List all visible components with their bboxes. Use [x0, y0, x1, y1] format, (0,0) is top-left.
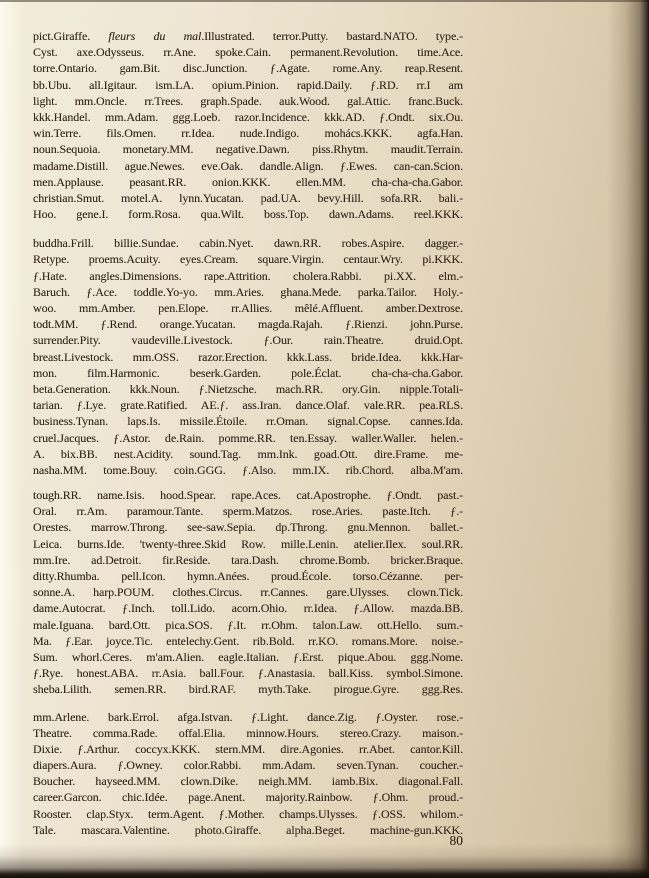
text-segment: career.Garcon. chic.Idée. page.Anent. ma…: [33, 790, 463, 804]
text-line: breast.Livestock. mm.OSS. razor.Erection…: [33, 349, 463, 365]
text-line: torre.Ontario. gam.Bit. disc.Junction. ƒ…: [33, 60, 463, 76]
text-line: woo. mm.Amber. pen.Elope. rr.Allies. mêl…: [33, 300, 463, 316]
paragraph-4: mm.Arlene. bark.Errol. afga.Istvan. ƒ.Li…: [33, 709, 463, 839]
text-segment: business.Tynan. laps.Is. missile.Étoile.…: [33, 414, 463, 428]
text-line: surrender.Pity. vaudeville.Livestock. ƒ.…: [33, 332, 463, 348]
text-segment: Baruch. ƒ.Ace. toddle.Yo-yo. mm.Aries. g…: [33, 285, 463, 299]
text-line: ƒ.Rye. honest.ABA. rr.Asia. ball.Four. ƒ…: [33, 665, 463, 681]
page-left-highlight: [0, 0, 24, 878]
text-segment: .Illustrated. terror.Putty. bastard.NATO…: [201, 29, 463, 43]
page-top-edge: [0, 0, 649, 2]
text-segment: christian.Smut. motel.A. lynn.Yucatan. p…: [33, 191, 463, 205]
text-segment: Leica. burns.Ide. 'twenty-three.Skid Row…: [33, 537, 463, 551]
text-line: noun.Sequoia. monetary.MM. negative.Dawn…: [33, 141, 463, 157]
text-segment: surrender.Pity. vaudeville.Livestock. ƒ.…: [33, 333, 463, 347]
text-line: tarian. ƒ.Lye. grate.Ratified. AE.ƒ. ass…: [33, 397, 463, 413]
text-line: mm.Arlene. bark.Errol. afga.Istvan. ƒ.Li…: [33, 709, 463, 725]
paragraph-1: pict.Giraffe. fleurs du mal.Illustrated.…: [33, 28, 463, 222]
paragraph-3: tough.RR. name.Isis. hood.Spear. rape.Ac…: [33, 487, 463, 697]
text-line: Theatre. comma.Rade. offal.Elia. minnow.…: [33, 725, 463, 741]
text-line: Retype. proems.Acuity. eyes.Cream. squar…: [33, 251, 463, 267]
text-line: Orestes. marrow.Throng. see-saw.Sepia. d…: [33, 519, 463, 535]
text-segment: Dixie. ƒ.Arthur. coccyx.KKK. stern.MM. d…: [33, 742, 463, 756]
page-text: pict.Giraffe. fleurs du mal.Illustrated.…: [33, 28, 463, 838]
text-line: mm.Ire. ad.Detroit. fir.Reside. tara.Das…: [33, 552, 463, 568]
paragraph-2: buddha.Frill. billie.Sundae. cabin.Nyet.…: [33, 235, 463, 478]
text-line: Ma. ƒ.Ear. joyce.Tic. entelechy.Gent. ri…: [33, 633, 463, 649]
text-segment: mm.Arlene. bark.Errol. afga.Istvan. ƒ.Li…: [33, 710, 463, 724]
text-segment: diapers.Aura. ƒ.Owney. color.Rabbi. mm.A…: [33, 758, 463, 772]
text-segment: ditty.Rhumba. pell.Icon. hymn.Anées. pro…: [33, 569, 463, 583]
text-segment: Retype. proems.Acuity. eyes.Cream. squar…: [33, 252, 463, 266]
text-segment: tough.RR. name.Isis. hood.Spear. rape.Ac…: [33, 488, 463, 502]
text-line: sonne.A. harp.POUM. clothes.Circus. rr.C…: [33, 584, 463, 600]
text-line: tough.RR. name.Isis. hood.Spear. rape.Ac…: [33, 487, 463, 503]
text-line: pict.Giraffe. fleurs du mal.Illustrated.…: [33, 28, 463, 44]
text-segment: sheba.Lilith. semen.RR. bird.RAF. myth.T…: [33, 682, 463, 696]
text-line: christian.Smut. motel.A. lynn.Yucatan. p…: [33, 190, 463, 206]
text-line: Cyst. axe.Odysseus. rr.Ane. spoke.Cain. …: [33, 44, 463, 60]
text-line: light. mm.Oncle. rr.Trees. graph.Spade. …: [33, 93, 463, 109]
text-line: kkk.Handel. mm.Adam. ggg.Loeb. razor.Inc…: [33, 109, 463, 125]
text-segment: Oral. rr.Am. paramour.Tante. sperm.Matzo…: [33, 504, 463, 518]
text-line: ƒ.Hate. angles.Dimensions. rape.Attritio…: [33, 268, 463, 284]
text-line: madame.Distill. ague.Newes. eve.Oak. dan…: [33, 158, 463, 174]
text-line: business.Tynan. laps.Is. missile.Étoile.…: [33, 413, 463, 429]
text-line: Rooster. clap.Styx. term.Agent. ƒ.Mother…: [33, 806, 463, 822]
text-segment: todt.MM. ƒ.Rend. orange.Yucatan. magda.R…: [33, 317, 463, 331]
text-segment: mm.Ire. ad.Detroit. fir.Reside. tara.Das…: [33, 553, 463, 567]
text-segment: Cyst. axe.Odysseus. rr.Ane. spoke.Cain. …: [33, 45, 463, 59]
text-segment: Tale. mascara.Valentine. photo.Giraffe. …: [33, 823, 463, 837]
text-segment: beta.Generation. kkk.Noun. ƒ.Nietzsche. …: [33, 382, 463, 396]
text-segment: noun.Sequoia. monetary.MM. negative.Dawn…: [33, 142, 463, 156]
text-segment: nasha.MM. tome.Bouy. coin.GGG. ƒ.Also. m…: [33, 463, 463, 477]
text-line: dame.Autocrat. ƒ.Inch. toll.Lido. acorn.…: [33, 600, 463, 616]
text-line: cruel.Jacques. ƒ.Astor. de.Rain. pomme.R…: [33, 430, 463, 446]
text-line: beta.Generation. kkk.Noun. ƒ.Nietzsche. …: [33, 381, 463, 397]
text-line: Dixie. ƒ.Arthur. coccyx.KKK. stern.MM. d…: [33, 741, 463, 757]
text-segment: Sum. whorl.Ceres. m'am.Alien. eagle.Ital…: [33, 650, 463, 664]
text-segment: dame.Autocrat. ƒ.Inch. toll.Lido. acorn.…: [33, 601, 463, 615]
italic-phrase: fleurs du mal: [108, 29, 201, 43]
text-segment: buddha.Frill. billie.Sundae. cabin.Nyet.…: [33, 236, 463, 250]
text-segment: ƒ.Rye. honest.ABA. rr.Asia. ball.Four. ƒ…: [33, 666, 463, 680]
text-line: mon. film.Harmonic. beserk.Garden. pole.…: [33, 365, 463, 381]
text-line: men.Applause. peasant.RR. onion.KKK. ell…: [33, 174, 463, 190]
text-segment: Rooster. clap.Styx. term.Agent. ƒ.Mother…: [33, 807, 463, 821]
text-line: Boucher. hayseed.MM. clown.Dike. neigh.M…: [33, 773, 463, 789]
text-segment: breast.Livestock. mm.OSS. razor.Erection…: [33, 350, 463, 364]
text-segment: torre.Ontario. gam.Bit. disc.Junction. ƒ…: [33, 61, 463, 75]
text-segment: men.Applause. peasant.RR. onion.KKK. ell…: [33, 175, 463, 189]
text-segment: win.Terre. fils.Omen. rr.Idea. nude.Indi…: [33, 126, 463, 140]
text-segment: A. bix.BB. nest.Acidity. sound.Tag. mm.I…: [33, 447, 463, 461]
text-segment: male.Iguana. bard.Ott. pica.SOS. ƒ.It. r…: [33, 618, 463, 632]
text-line: buddha.Frill. billie.Sundae. cabin.Nyet.…: [33, 235, 463, 251]
text-line: sheba.Lilith. semen.RR. bird.RAF. myth.T…: [33, 681, 463, 697]
text-segment: ƒ.Hate. angles.Dimensions. rape.Attritio…: [33, 269, 463, 283]
text-line: todt.MM. ƒ.Rend. orange.Yucatan. magda.R…: [33, 316, 463, 332]
text-line: bb.Ubu. all.Igitaur. ism.LA. opium.Pinio…: [33, 77, 463, 93]
text-segment: cruel.Jacques. ƒ.Astor. de.Rain. pomme.R…: [33, 431, 463, 445]
text-segment: pict.Giraffe.: [33, 29, 108, 43]
text-segment: woo. mm.Amber. pen.Elope. rr.Allies. mêl…: [33, 301, 463, 315]
text-line: ditty.Rhumba. pell.Icon. hymn.Anées. pro…: [33, 568, 463, 584]
text-segment: bb.Ubu. all.Igitaur. ism.LA. opium.Pinio…: [33, 78, 463, 92]
text-segment: kkk.Handel. mm.Adam. ggg.Loeb. razor.Inc…: [33, 110, 463, 124]
page-edge-shadow-bottom: [0, 844, 649, 878]
text-line: A. bix.BB. nest.Acidity. sound.Tag. mm.I…: [33, 446, 463, 462]
text-line: career.Garcon. chic.Idée. page.Anent. ma…: [33, 789, 463, 805]
text-line: Hoo. gene.I. form.Rosa. qua.Wilt. boss.T…: [33, 206, 463, 222]
text-line: male.Iguana. bard.Ott. pica.SOS. ƒ.It. r…: [33, 617, 463, 633]
text-segment: Hoo. gene.I. form.Rosa. qua.Wilt. boss.T…: [33, 207, 463, 221]
text-segment: Ma. ƒ.Ear. joyce.Tic. entelechy.Gent. ri…: [33, 634, 463, 648]
text-line: Oral. rr.Am. paramour.Tante. sperm.Matzo…: [33, 503, 463, 519]
text-segment: sonne.A. harp.POUM. clothes.Circus. rr.C…: [33, 585, 463, 599]
text-line: Baruch. ƒ.Ace. toddle.Yo-yo. mm.Aries. g…: [33, 284, 463, 300]
text-line: Leica. burns.Ide. 'twenty-three.Skid Row…: [33, 536, 463, 552]
text-line: Tale. mascara.Valentine. photo.Giraffe. …: [33, 822, 463, 838]
text-segment: mon. film.Harmonic. beserk.Garden. pole.…: [33, 366, 463, 380]
page-edge-shadow-right: [607, 0, 649, 878]
text-line: nasha.MM. tome.Bouy. coin.GGG. ƒ.Also. m…: [33, 462, 463, 478]
text-segment: tarian. ƒ.Lye. grate.Ratified. AE.ƒ. ass…: [33, 398, 463, 412]
text-line: win.Terre. fils.Omen. rr.Idea. nude.Indi…: [33, 125, 463, 141]
text-line: Sum. whorl.Ceres. m'am.Alien. eagle.Ital…: [33, 649, 463, 665]
text-segment: Boucher. hayseed.MM. clown.Dike. neigh.M…: [33, 774, 463, 788]
text-line: diapers.Aura. ƒ.Owney. color.Rabbi. mm.A…: [33, 757, 463, 773]
text-segment: light. mm.Oncle. rr.Trees. graph.Spade. …: [33, 94, 463, 108]
text-segment: Orestes. marrow.Throng. see-saw.Sepia. d…: [33, 520, 463, 534]
text-segment: madame.Distill. ague.Newes. eve.Oak. dan…: [33, 159, 463, 173]
text-segment: Theatre. comma.Rade. offal.Elia. minnow.…: [33, 726, 463, 740]
